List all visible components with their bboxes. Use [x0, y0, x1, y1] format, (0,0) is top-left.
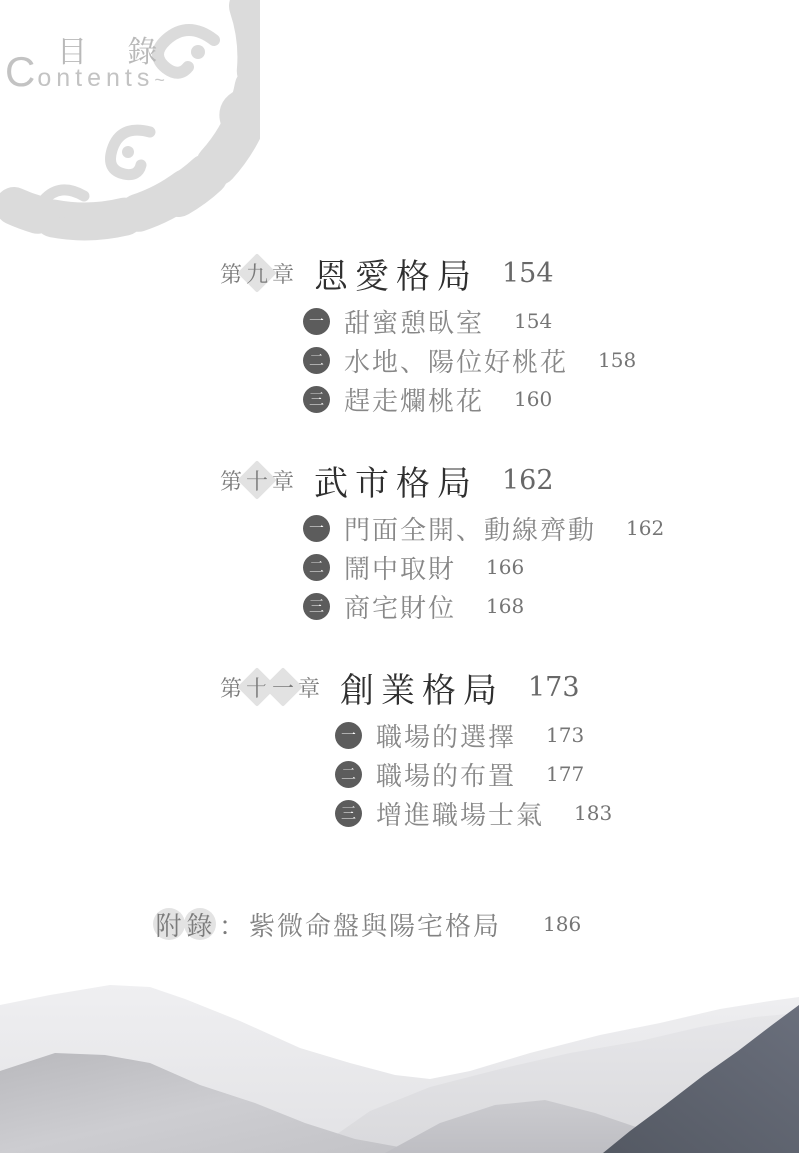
item-title: 水地、陽位好桃花	[344, 342, 568, 379]
chapter-section-11: 第 十 一 章 創業格局 173 一 職場的選擇 173 二 職場的布置 177…	[218, 664, 612, 838]
item-number-bullet: 一	[303, 515, 330, 542]
chapter-title: 武市格局	[314, 456, 478, 505]
item-number-bullet: 一	[335, 722, 362, 749]
item-page-number: 168	[486, 594, 524, 618]
item-number-bullet: 二	[303, 554, 330, 581]
chapter-label-char: 章	[270, 256, 296, 290]
item-number-bullet: 一	[303, 308, 330, 335]
chapter-number-label: 第 十 一 章	[218, 670, 322, 704]
chapter-label-char-diamond: 十	[244, 463, 270, 497]
contents-initial: C	[5, 48, 37, 95]
chapter-heading: 第 十 一 章 創業格局 173	[218, 664, 612, 710]
chapter-title: 創業格局	[340, 663, 504, 712]
item-page-number: 183	[574, 801, 612, 825]
toc-item: 二 水地、陽位好桃花 158	[303, 346, 636, 374]
chapter-number-label: 第 九 章	[218, 256, 296, 290]
chapter-item-list: 一 職場的選擇 173 二 職場的布置 177 三 增進職場士氣 183	[218, 721, 612, 827]
item-number-bullet: 二	[335, 761, 362, 788]
toc-item: 二 職場的布置 177	[335, 760, 612, 788]
chapter-page-number: 173	[528, 672, 580, 703]
chapter-page-number: 154	[502, 258, 554, 289]
item-title: 職場的布置	[376, 756, 516, 793]
item-page-number: 158	[598, 348, 636, 372]
page-title-english: Contents~	[5, 48, 165, 96]
chapter-page-number: 162	[502, 465, 554, 496]
item-page-number: 154	[514, 309, 552, 333]
item-page-number: 162	[626, 516, 664, 540]
appendix-title: 紫微命盤與陽宅格局	[249, 906, 501, 943]
appendix-label-char-circle: 錄	[184, 906, 215, 942]
chapter-label-char-diamond: 一	[270, 670, 296, 704]
item-page-number: 177	[546, 762, 584, 786]
chapter-item-list: 一 甜蜜憩臥室 154 二 水地、陽位好桃花 158 三 趕走爛桃花 160	[218, 307, 636, 413]
chapter-section-10: 第 十 章 武市格局 162 一 門面全開、動線齊動 162 二 鬧中取財 16…	[218, 457, 664, 631]
item-number-bullet: 三	[303, 386, 330, 413]
item-title: 鬧中取財	[344, 549, 456, 586]
contents-tilde: ~	[154, 70, 165, 90]
appendix-label-char-circle: 附	[153, 906, 184, 942]
item-number-bullet: 二	[303, 347, 330, 374]
item-title: 趕走爛桃花	[344, 381, 484, 418]
toc-item: 一 職場的選擇 173	[335, 721, 612, 749]
appendix-row: 附 錄 ： 紫微命盤與陽宅格局 186	[153, 905, 581, 943]
chapter-item-list: 一 門面全開、動線齊動 162 二 鬧中取財 166 三 商宅財位 168	[218, 514, 664, 620]
item-page-number: 166	[486, 555, 524, 579]
item-title: 商宅財位	[344, 588, 456, 625]
chapter-heading: 第 十 章 武市格局 162	[218, 457, 664, 503]
toc-item: 三 增進職場士氣 183	[335, 799, 612, 827]
chapter-label-char: 章	[296, 670, 322, 704]
toc-item: 二 鬧中取財 166	[303, 553, 664, 581]
chapter-label-char-diamond: 九	[244, 256, 270, 290]
item-number-bullet: 三	[335, 800, 362, 827]
chapter-heading: 第 九 章 恩愛格局 154	[218, 250, 636, 296]
chapter-number-label: 第 十 章	[218, 463, 296, 497]
toc-item: 一 甜蜜憩臥室 154	[303, 307, 636, 335]
item-number-bullet: 三	[303, 593, 330, 620]
toc-item: 一 門面全開、動線齊動 162	[303, 514, 664, 542]
chapter-section-9: 第 九 章 恩愛格局 154 一 甜蜜憩臥室 154 二 水地、陽位好桃花 15…	[218, 250, 636, 424]
item-title: 增進職場士氣	[376, 795, 544, 832]
chapter-title: 恩愛格局	[314, 249, 478, 298]
contents-rest: ontents	[37, 64, 154, 92]
toc-page: 目 錄 Contents~ 第 九 章 恩愛格局 154 一 甜蜜憩臥室 154…	[0, 0, 799, 1153]
mountain-landscape-art	[0, 953, 799, 1153]
item-page-number: 160	[514, 387, 552, 411]
item-title: 門面全開、動線齊動	[344, 510, 596, 547]
appendix-separator: ：	[219, 906, 245, 943]
item-title: 職場的選擇	[376, 717, 516, 754]
toc-item: 三 商宅財位 168	[303, 592, 664, 620]
item-page-number: 173	[546, 723, 584, 747]
appendix-page-number: 186	[543, 912, 581, 936]
chapter-label-char: 章	[270, 463, 296, 497]
item-title: 甜蜜憩臥室	[344, 303, 484, 340]
toc-item: 三 趕走爛桃花 160	[303, 385, 636, 413]
